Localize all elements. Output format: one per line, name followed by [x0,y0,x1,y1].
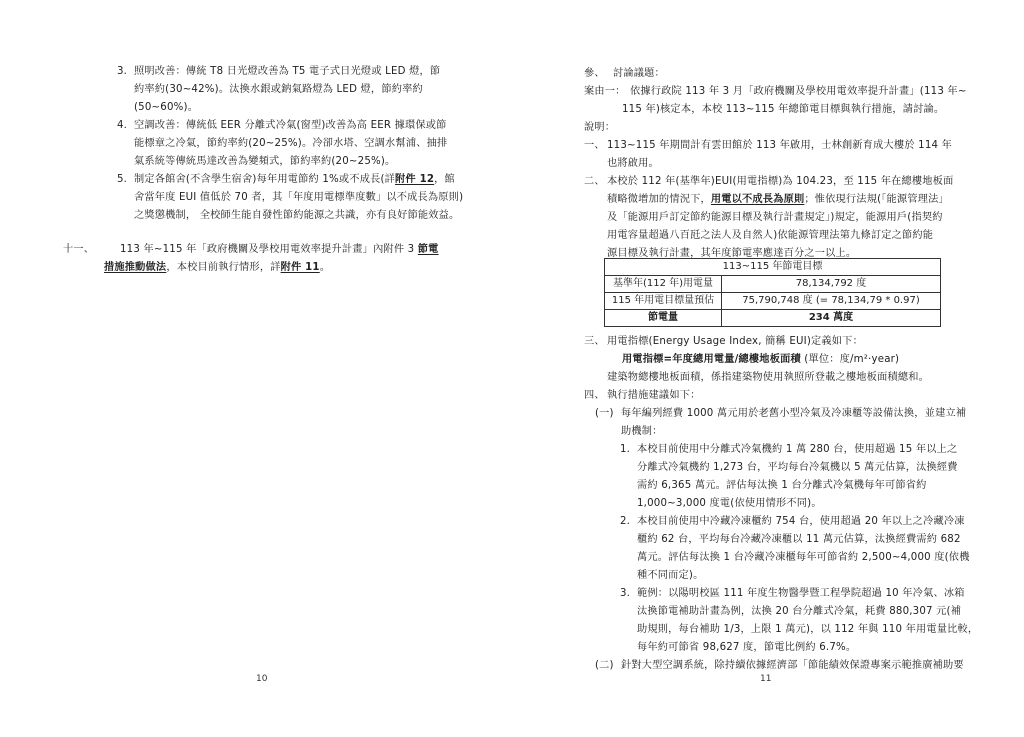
subitem-1-number: 1. [620,441,630,459]
point-4-number: 四、 [584,387,605,405]
item-5-line: 制定各館舍(不含學生宿舍)每年用電節約 1%或不成長(詳附件 12，館 [134,171,455,189]
sub-2-number: (二) [595,657,614,675]
point-3-number: 三、 [584,333,605,351]
point-1-line: 113~115 年期間計有雲田館於 113 年啟用，士林創新育成大樓於 114 … [607,137,952,155]
subitem-1-line: 本校目前使用中分離式冷氣機約 1 萬 280 台，使用超過 15 年以上之 [637,441,957,459]
item-5-text: 制定各館舍(不含學生宿舍)每年用電節約 1%或不成長(詳 [134,174,395,185]
point-2-text: 積略微增加的情況下， [607,194,711,205]
item-3-line: (50~60%)。 [134,99,198,117]
heading-title: 討論議題： [613,65,665,83]
sub-1-line: 每年編列經費 1000 萬元用於老舊小型冷氣及冷凍櫃等設備汰換，並建立補 [621,405,966,423]
case-line: 115 年)核定本，本校 113~115 年總節電目標與執行措施，請討論。 [622,101,944,119]
point-2-number: 二、 [584,173,605,191]
point-2-line: 用電容量超過八百瓩之法人及自然人)依能源管理法第九條訂定之節約能 [607,227,933,245]
item-4-number: 4. [117,117,127,135]
page-10 [0,0,512,737]
table-row: 115 年用電目標量預估 75,790,748 度 (= 78,134,79 *… [605,293,941,310]
subitem-2-line: 萬元。評估每汰換 1 台冷藏冷凍櫃每年可節省約 2,500~4,000 度(依機 [637,549,970,567]
formula-unit: (單位：度/m²·year) [801,354,899,365]
formula-text: 用電指標=年度總用電量/總樓地板面積 [622,354,801,365]
page-number-right: 11 [760,674,771,684]
section-11-text: 113 年~115 年「政府機關及學校用電效率提升計畫」內附件 3 [120,244,418,255]
point-2-line: 及「能源用戶訂定節約能源目標及執行計畫規定」)規定，能源用戶(指契約 [607,209,943,227]
case-label: 案由一： [584,83,626,101]
item-4-line: 能標章之冷氣，節約率約(20~25%)。冷卻水塔、空調水幫浦、抽排 [134,135,447,153]
explain-label: 說明： [584,119,615,137]
item-5-text: ，館 [434,174,455,185]
table-row: 節電量 234 萬度 [605,310,941,327]
table-cell-value: 75,790,748 度 (= 78,134,79 * 0.97) [722,293,941,310]
subitem-1-line: 需約 6,365 萬元。評估每汰換 1 台分離式冷氣機每年可節省約 [637,477,927,495]
table-cell-value: 234 萬度 [722,310,941,327]
table-cell-label: 基準年(112 年)用電量 [605,276,722,293]
table-cell-label: 115 年用電目標量預估 [605,293,722,310]
point-4-line: 執行措施建議如下： [607,387,701,405]
sub-2-line: 針對大型空調系統，除持續依據經濟部「節能績效保證專案示範推廣補助要 [621,657,964,675]
subitem-2-line: 本校目前使用中冷藏冷凍櫃約 754 台，使用超過 20 年以上之冷藏冷凍 [637,513,965,531]
item-5-line: 之獎懲機制， 全校師生能自發性節約能源之共識，亦有良好節能效益。 [134,207,459,225]
page-number-left: 10 [256,674,267,684]
heading-number: 參、 [584,65,605,83]
savings-target-table: 113~115 年節電目標 基準年(112 年)用電量 78,134,792 度… [604,258,941,327]
attachment-12-link[interactable]: 附件 12 [395,174,434,185]
table-cell-label: 節電量 [605,310,722,327]
section-11-text: ，本校目前執行情形，詳 [166,262,280,273]
subitem-3-line: 助規則，每台補助 1/3，上限 1 萬元)，以 112 年與 110 年用電量比… [637,621,978,639]
sub-1-line: 助機制： [621,423,663,441]
item-3-line: 約率約(30~42%)。汰換水銀或鈉氣路燈為 LED 燈，節約率約 [134,81,423,99]
point-2-emphasis: 用電以不成長為原則 [711,194,805,205]
item-5-line: 舍當年度 EUI 值低於 70 者，其「年度用電標準度數」以不成長為原則) [134,189,463,207]
subitem-3-number: 3. [620,585,630,603]
subitem-2-line: 櫃約 62 台，平均每台冷藏冷凍櫃以 11 萬元估算，汰換經費需約 682 [637,531,961,549]
section-11-emphasis: 節電 [418,244,439,255]
point-2-text: ；惟依現行法規(「能源管理法」 [804,194,949,205]
attachment-11-link[interactable]: 附件 11 [281,262,320,273]
item-4-line: 空調改善：傳統低 EER 分離式冷氣(窗型)改善為高 EER 據環保或節 [134,117,447,135]
table-header-row: 113~115 年節電目標 [605,259,941,276]
item-5-number: 5. [117,171,127,189]
case-line: 依據行政院 113 年 3 月「政府機關及學校用電效率提升計畫」(113 年~ [630,83,967,101]
point-1-line: 也將啟用。 [607,155,659,173]
point-2-line: 本校於 112 年(基準年)EUI(用電指標)為 104.23，至 115 年在… [607,173,953,191]
eui-formula: 用電指標=年度總用電量/總樓地板面積 (單位：度/m²·year) [622,351,899,369]
table-row: 基準年(112 年)用電量 78,134,792 度 [605,276,941,293]
section-11-text: 。 [320,262,330,273]
subitem-2-line: 種不同而定)。 [637,567,704,585]
subitem-3-line: 汰換節電補助計畫為例，汰換 20 台分離式冷氣，耗費 880,307 元(補 [637,603,961,621]
point-1-number: 一、 [584,137,605,155]
table-cell-value: 78,134,792 度 [722,276,941,293]
section-11-number: 十一、 [63,241,94,259]
item-4-line: 氣系統等傳統馬達改善為變頻式，節約率約(20~25%)。 [134,153,395,171]
subitem-3-line: 範例：以陽明校區 111 年度生物醫學暨工程學院超過 10 年冷氣、冰箱 [637,585,965,603]
subitem-2-number: 2. [620,513,630,531]
section-11-line: 113 年~115 年「政府機關及學校用電效率提升計畫」內附件 3 節電 [120,241,439,259]
subitem-3-line: 每年約可節省 98,627 度，節電比例約 6.7%。 [637,639,856,657]
item-3-line: 照明改善：傳統 T8 日光燈改善為 T5 電子式日光燈或 LED 燈，節 [134,63,440,81]
table-title: 113~115 年節電目標 [605,259,941,276]
section-11-emphasis: 措施推動做法 [104,262,166,273]
sub-1-number: (一) [595,405,614,423]
subitem-1-line: 1,000~3,000 度電(依使用情形不同)。 [637,495,822,513]
point-3-line: 用電指標(Energy Usage Index, 簡稱 EUI)定義如下： [607,333,863,351]
point-2-line: 積略微增加的情況下，用電以不成長為原則；惟依現行法規(「能源管理法」 [607,191,949,209]
point-3-line: 建築物總樓地板面積，係指建築物使用執照所登載之樓地板面積總和。 [607,369,929,387]
section-11-line: 措施推動做法，本校目前執行情形，詳附件 11。 [104,259,330,277]
item-3-number: 3. [117,63,127,81]
subitem-1-line: 分離式冷氣機約 1,273 台，平均每台冷氣機以 5 萬元估算，汰換經費 [637,459,958,477]
